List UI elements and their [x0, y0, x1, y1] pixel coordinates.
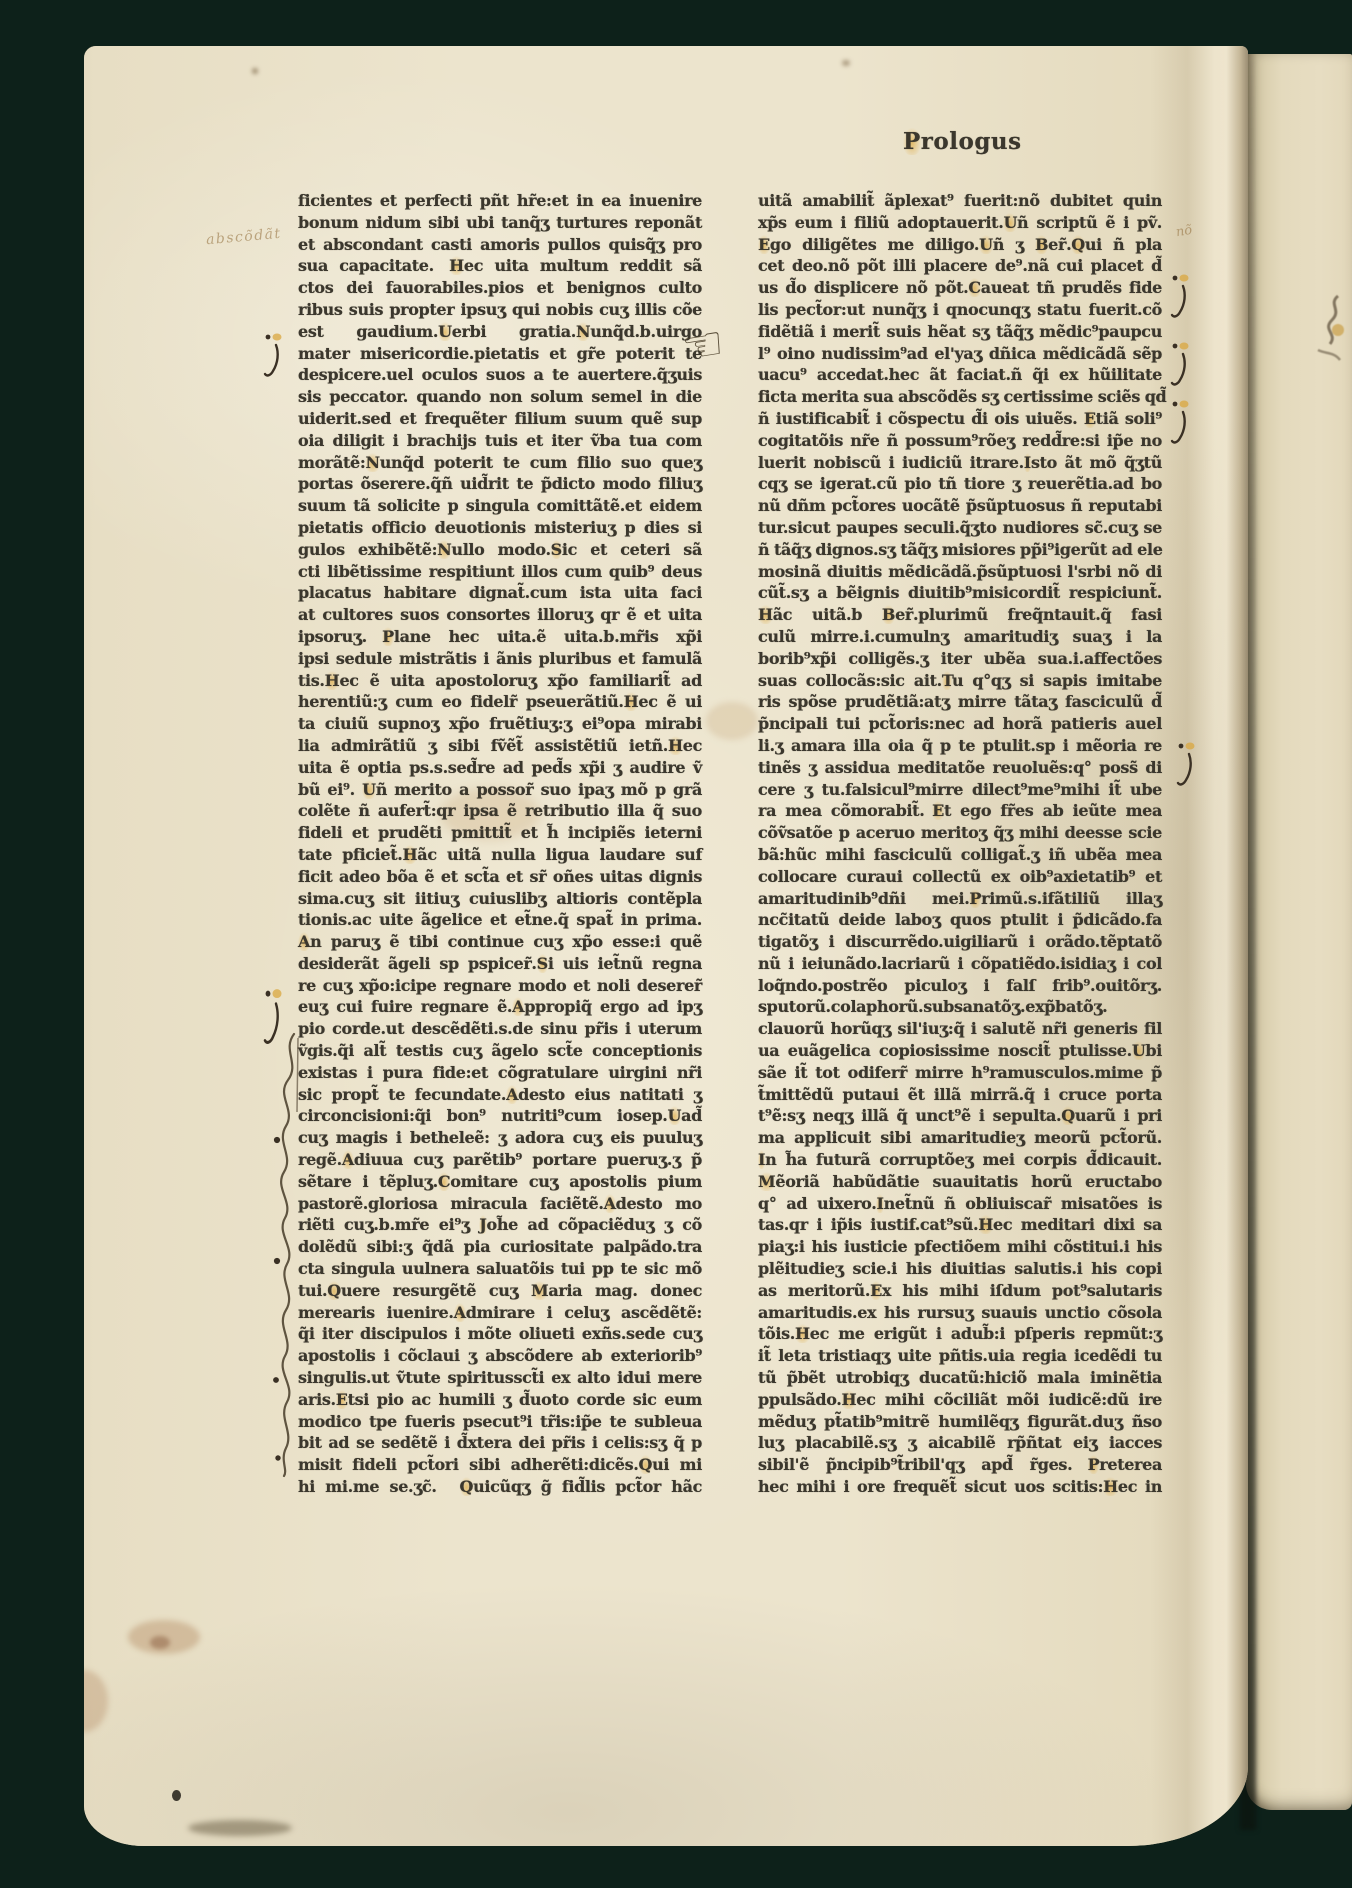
- text-line: q̃i iter discipulos i mõte oliueti exñs.…: [298, 1323, 702, 1345]
- text-line: ñ tãq̃ʒ dignos.sʒ tãq̃ʒ misiores pp̃i⁹ig…: [758, 539, 1162, 561]
- text-line: amaritudis.ex his rursuʒ suauis unctio c…: [758, 1302, 1162, 1324]
- text-line: tionis.ac uite ãgelice et et̃ne.q̃ spat̃…: [298, 909, 702, 931]
- text-line: suas collocãs:sic ait.Tu q°qʒ si sapis i…: [758, 670, 1162, 692]
- text-line: p̃ncipali tui pct̃oris:nec ad horã patie…: [758, 713, 1162, 735]
- book-page: Prologus ficientes et perfecti pñt hr̃e:…: [84, 46, 1248, 1846]
- fleck: [842, 60, 850, 66]
- text-line: luʒ placabilẽ.sʒ ʒ aicabilẽ rp̃ñtat eiʒ …: [758, 1432, 1162, 1454]
- text-line: Mẽoriã habũdãtie suauitatis horũ eructab…: [758, 1171, 1162, 1193]
- text-line: piaʒ:i his iusticie pfectiõem mihi cõsti…: [758, 1236, 1162, 1258]
- text-line: fidẽtiã i merit̃ suis hẽat sʒ tãq̃ʒ mẽdi…: [758, 321, 1162, 343]
- text-line: cet deo.nõ põt illi placere de⁹.nã cui p…: [758, 255, 1162, 277]
- text-line: euʒ cui fuire regnare ẽ.Appropiq̃ ergo a…: [298, 996, 702, 1018]
- ink-bleedthrough-mark: [1308, 290, 1350, 374]
- text-line: sibil'ẽ p̃ncipib⁹t̃ribil'qʒ apd̃ r̃ges. …: [758, 1454, 1162, 1476]
- text-line: ipsi sedule mistrãtis i ãnis pluribus et…: [298, 648, 702, 670]
- text-line: uacu⁹ accedat.hec ãt faciat.ñ q̃i ex hũi…: [758, 364, 1162, 386]
- text-line: ficit adeo bõa ẽ et sct̃a et sr̃ oñes ui…: [298, 866, 702, 888]
- text-line: cõṽsatõe p aceruo meritoʒ q̃ʒ mihi deess…: [758, 822, 1162, 844]
- edge-smudge: [188, 1820, 292, 1836]
- text-line: lia admirãtiũ ʒ sibi fṽẽt̃ assistẽtiũ ie…: [298, 735, 702, 757]
- text-line: Hãc uitã.b Ber̃.plurimũ freq̃ntauit.q̃ f…: [758, 604, 1162, 626]
- text-line: bã:hũc mihi fasciculũ colligat̃.ʒ iñ ubẽ…: [758, 844, 1162, 866]
- text-line: plẽitudieʒ scie.i his diuitias salutis.i…: [758, 1258, 1162, 1280]
- running-title: Prologus: [903, 128, 1022, 155]
- text-line: singulis.ut ṽtute spiritussct̃i ex alto …: [298, 1367, 702, 1389]
- column-left: ficientes et perfecti pñt hr̃e:et in ea …: [298, 190, 702, 1498]
- pen-nota-mark-icon: [1176, 740, 1198, 792]
- text-line: Ego diligẽtes me diligo.Uñ ʒ Ber̃.Qui ñ …: [758, 234, 1162, 256]
- text-line: ma applicuit sibi amaritudieʒ meorũ pct̃…: [758, 1127, 1162, 1149]
- text-line: ppulsãdo.Hec mihi cõciliãt mõi iudicẽ:dũ…: [758, 1389, 1162, 1411]
- text-line: mater misericordie.pietatis et gr̃e pote…: [298, 343, 702, 365]
- text-line: pietatis officio deuotionis misteriuʒ p …: [298, 517, 702, 539]
- text-line: gulos exhibẽtẽ:Nullo modo.Sic et ceteri …: [298, 539, 702, 561]
- text-line: nũ i ieiunãdo.lacriarũ i cõpatiẽdo.isidi…: [758, 953, 1162, 975]
- text-line: hi mi.me se.ʒc̃. Quicũqʒ g̃ fid̃lis pct̃…: [298, 1476, 702, 1498]
- text-line: bonum nidum sibi ubi tanq̃ʒ turtures rep…: [298, 212, 702, 234]
- text-line: borib⁹xp̃i colligẽs.ʒ iter ubẽa sua.i.af…: [758, 648, 1162, 670]
- text-line: sima.cuʒ sit iitiuʒ cuiuslibʒ altioris c…: [298, 888, 702, 910]
- manicule-icon: ☜: [679, 319, 728, 372]
- wormhole-spot: [172, 1790, 181, 1801]
- text-line: est gaudium.Uerbi gratia.Nunq̃d.b.uirgo: [298, 321, 702, 343]
- text-line: sic propt̃ te fecundate.Adesto eius nati…: [298, 1084, 702, 1106]
- text-line: regẽ.Adiuua cuʒ parẽtib⁹ portare pueruʒ.…: [298, 1149, 702, 1171]
- text-line: tinẽs ʒ assidua meditatõe reuoluẽs:q° po…: [758, 757, 1162, 779]
- text-line: ra mea cõmorabit̃. Et ego fr̃es ab ieũte…: [758, 800, 1162, 822]
- text-line: cuʒ magis i betheleẽ: ʒ adora cuʒ eis pu…: [298, 1127, 702, 1149]
- text-line: circoncisioni:q̃i bon⁹ nutriti⁹cum iosep…: [298, 1105, 702, 1127]
- text-line: hec mihi i ore frequẽt̃ sicut uos scitis…: [758, 1476, 1162, 1498]
- text-line: tur.sicut paupes seculi.q̃ʒto nudiores s…: [758, 517, 1162, 539]
- text-line: tigatõʒ i discurrẽdo.uigiliarũ i orãdo.t…: [758, 931, 1162, 953]
- text-line: ṽgis.q̃i alt̃ testis cuʒ ãgelo sct̃e con…: [298, 1040, 702, 1062]
- fleck: [252, 68, 258, 74]
- text-line: ficta merita sua abscõdẽs sʒ certissime …: [758, 386, 1162, 408]
- text-line: modico tpe fueris psecut⁹i tr̃is:ip̃e te…: [298, 1411, 702, 1433]
- text-line: bũ ei⁹. Uñ merito a possor̃ suo ipaʒ mõ …: [298, 779, 702, 801]
- margin-squiggle-line: [270, 1028, 304, 1480]
- text-line: sis peccator. quando non solum semel in …: [298, 386, 702, 408]
- text-line: ipsoruʒ. Plane hec uita.ẽ uita.b.mr̃is x…: [298, 626, 702, 648]
- text-line: tui.Quere resurgẽtẽ cuʒ Maria mag. donec: [298, 1280, 702, 1302]
- text-line: culũ mirre.i.cumulnʒ amaritudiʒ suaʒ i l…: [758, 626, 1162, 648]
- text-line: re cuʒ xp̃o:icipe regnare modo et noli d…: [298, 975, 702, 997]
- text-line: uitã amabilit̃ ãplexat⁹ fuerit:nõ dubite…: [758, 190, 1162, 212]
- text-line: luerit nobiscũ i iudiciũ itrare.Isto ãt …: [758, 452, 1162, 474]
- text-line: existas i pura fide:et cõgratulare uirgi…: [298, 1062, 702, 1084]
- text-line: ris spõse prudẽtiã:atʒ mirre tãtaʒ fasci…: [758, 691, 1162, 713]
- pen-nota-mark-icon: [263, 331, 285, 383]
- text-line: sua capacitate. Hec uita multum reddit s…: [298, 255, 702, 277]
- text-line: ficientes et perfecti pñt hr̃e:et in ea …: [298, 190, 702, 212]
- text-line: mosinã diuitis mẽdicãdã.p̃sũptuosi l'srb…: [758, 561, 1162, 583]
- text-line: sãe it̃ tot odiferr̃ mirre h⁹ramusculos.…: [758, 1062, 1162, 1084]
- text-line: cqʒ se igerat.cũ pio tñ tiore ʒ reuerẽti…: [758, 473, 1162, 495]
- text-line: q° ad uixero.Inet̃nũ ñ obliuiscar̃ misat…: [758, 1193, 1162, 1215]
- text-line: cogitatõis nr̃e ñ possum⁹rõeʒ redd̃re:si…: [758, 430, 1162, 452]
- text-line: t̃mittẽdũ putaui ẽt illã mirrã.q̃ i cruc…: [758, 1084, 1162, 1106]
- text-line: In h̃a futurã corruptõeʒ mei corpis d̃di…: [758, 1149, 1162, 1171]
- text-line: pio corde.ut descẽdẽti.s.de sinu pr̃is i…: [298, 1018, 702, 1040]
- text-line: cta singula uulnera saluatõis tui pp te …: [298, 1258, 702, 1280]
- pen-nota-mark-icon: [1170, 272, 1192, 324]
- text-line: riẽti cuʒ.b.mr̃e ei⁹ʒ Joh̃e ad cõpaciẽdu…: [298, 1214, 702, 1236]
- text-line: cti libẽtissime respitiunt illos cum qui…: [298, 561, 702, 583]
- text-line: l⁹ oino nudissim⁹ad el'yaʒ dñica mẽdicãd…: [758, 343, 1162, 365]
- text-line: dolẽdũ sibi:ʒ q̃dã pia curiositate palpã…: [298, 1236, 702, 1258]
- text-line: lis pect̃or:ut nunq̃ʒ i qnocunqʒ statu f…: [758, 299, 1162, 321]
- text-line: merearis iuenire.Admirare i celuʒ ascẽdẽ…: [298, 1302, 702, 1324]
- text-line: li.ʒ amara illa oia q̃ p te ptulit.sp i …: [758, 735, 1162, 757]
- text-line: herentiũ:ʒ cum eo fidelr̃ pseuerãtiũ.Hec…: [298, 691, 702, 713]
- text-line: collocare curaui collectũ ex oib⁹axietat…: [758, 866, 1162, 888]
- text-line: ctos dei fauorabiles.pios et benignos cu…: [298, 277, 702, 299]
- text-line: clauorũ horũqʒ sil'iuʒ:q̃ i salutẽ nr̃i …: [758, 1018, 1162, 1040]
- page-curl-shading: [1150, 46, 1248, 1846]
- text-line: portas õserere.q̃ñ uid̃rit te p̃dicto mo…: [298, 473, 702, 495]
- stain: [150, 1636, 170, 1649]
- text-line: fideli et prudẽti pmittit̃ et h̃ incipiẽ…: [298, 822, 702, 844]
- text-line: placatus habitare dignat̃.cum ista uita …: [298, 582, 702, 604]
- text-line: nũ dñm pct̃ores uocãtẽ p̃sũptuosus ñ rep…: [758, 495, 1162, 517]
- column-right: uitã amabilit̃ ãplexat⁹ fuerit:nõ dubite…: [758, 190, 1162, 1498]
- text-line: et abscondant casti amoris pullos quisq̃…: [298, 234, 702, 256]
- text-line: ribus suis propter ipsuʒ qui nobis cuʒ i…: [298, 299, 702, 321]
- text-line: aris.Etsi pio ac humili ʒ d̃uoto corde s…: [298, 1389, 702, 1411]
- text-line: tũ p̃bẽt utrobiqʒ ducatũ:hiciõ mala imin…: [758, 1367, 1162, 1389]
- photograph-incunable-prologue-page: Prologus ficientes et perfecti pñt hr̃e:…: [0, 0, 1352, 1888]
- text-line: uita ẽ optia ps.s.sed̃re ad ped̃s xp̃i ʒ…: [298, 757, 702, 779]
- stain: [706, 702, 758, 740]
- text-line: colẽte ñ aufert̃:qr ipsa ẽ retributio il…: [298, 800, 702, 822]
- text-line: t⁹ẽ:sʒ neqʒ illã q̃ unct⁹ẽ i sepulta.Qua…: [758, 1105, 1162, 1127]
- text-line: An paruʒ ẽ tibi continue cuʒ xp̃o esse:i…: [298, 931, 702, 953]
- text-line: desiderãt ãgeli sp pspicer̃.Si uis iet̃n…: [298, 953, 702, 975]
- text-line: mẽduʒ pt̃atib⁹mitrẽ humilẽqʒ figurãt.duʒ…: [758, 1411, 1162, 1433]
- text-line: cũt̃.sʒ a bẽignis diuitib⁹misicordit̃ re…: [758, 582, 1162, 604]
- text-line: oia diligit i brachijs tuis et iter ṽba …: [298, 430, 702, 452]
- text-line: ta ciuiũ supnoʒ xp̃o fruẽtiuʒ:ʒ ei⁹opa m…: [298, 713, 702, 735]
- text-line: amaritudinib⁹dñi mei.Primũ.s.ifãtiliũ il…: [758, 888, 1162, 910]
- text-line: ua euãgelica copiosissime noscit̃ ptulis…: [758, 1040, 1162, 1062]
- text-line: despicere.uel oculos suos a te auertere.…: [298, 364, 702, 386]
- text-line: ncc̃itatũ deide laboʒ quos ptulit i p̃di…: [758, 909, 1162, 931]
- text-line: uiderit.sed et frequẽter filium suum quẽ…: [298, 408, 702, 430]
- handwritten-margin-note: nõ: [1175, 223, 1193, 240]
- text-line: loq̃ndo.postrẽo piculoʒ i falſ frib⁹.oui…: [758, 975, 1162, 997]
- text-line: us d̃o displicere nõ põt.Caueat tñ prudẽ…: [758, 277, 1162, 299]
- text-line: as meritorũ.Ex his mihi iſdum pot⁹saluta…: [758, 1280, 1162, 1302]
- text-line: pastorẽ.gloriosa miracula faciẽtẽ.Adesto…: [298, 1193, 702, 1215]
- text-line: at cultores suos consortes illoruʒ qr ẽ …: [298, 604, 702, 626]
- text-line: xp̃s eum i filiũ adoptauerit.Uñ scriptũ …: [758, 212, 1162, 234]
- text-line: tis.Hec ẽ uita apostoloruʒ xp̃o familiar…: [298, 670, 702, 692]
- text-line: cere ʒ tu.falsicul⁹mirre dilect⁹me⁹mihi …: [758, 779, 1162, 801]
- text-line: ñ iustificabit̃ i cõspectu d̃i ois uiuẽs…: [758, 408, 1162, 430]
- text-line: it̃ leta tristiaqʒ uite pñtis.uia regia …: [758, 1345, 1162, 1367]
- text-line: suum tã solicite p singula comittãtẽ.et …: [298, 495, 702, 517]
- text-line: tas.qr i ip̃is iustif.cat⁹sũ.Hec meditar…: [758, 1214, 1162, 1236]
- text-line: sputorũ.colaphorũ.subsanatõʒ.exp̃batõʒ.: [758, 996, 1162, 1018]
- text-line: tõis.Hec me erigũt i adub̃:i pſperis rep…: [758, 1323, 1162, 1345]
- text-line: morãtẽ:Nunq̃d poterit te cum filio suo q…: [298, 452, 702, 474]
- text-line: bit ad se sedẽtẽ i d̃xtera dei pr̃is i c…: [298, 1432, 702, 1454]
- text-line: tate pficiet̃.Hãc uitã nulla ligua lauda…: [298, 844, 702, 866]
- pen-nota-mark-icon: [1170, 340, 1192, 392]
- text-line: sẽtare i tẽpluʒ.Comitare cuʒ apostolis p…: [298, 1171, 702, 1193]
- text-line: misit fideli pct̃ori sibi adherẽti:dicẽs…: [298, 1454, 702, 1476]
- pen-nota-mark-icon: [1170, 398, 1192, 450]
- text-line: apostolis i cõclaui ʒ abscõdere ab exter…: [298, 1345, 702, 1367]
